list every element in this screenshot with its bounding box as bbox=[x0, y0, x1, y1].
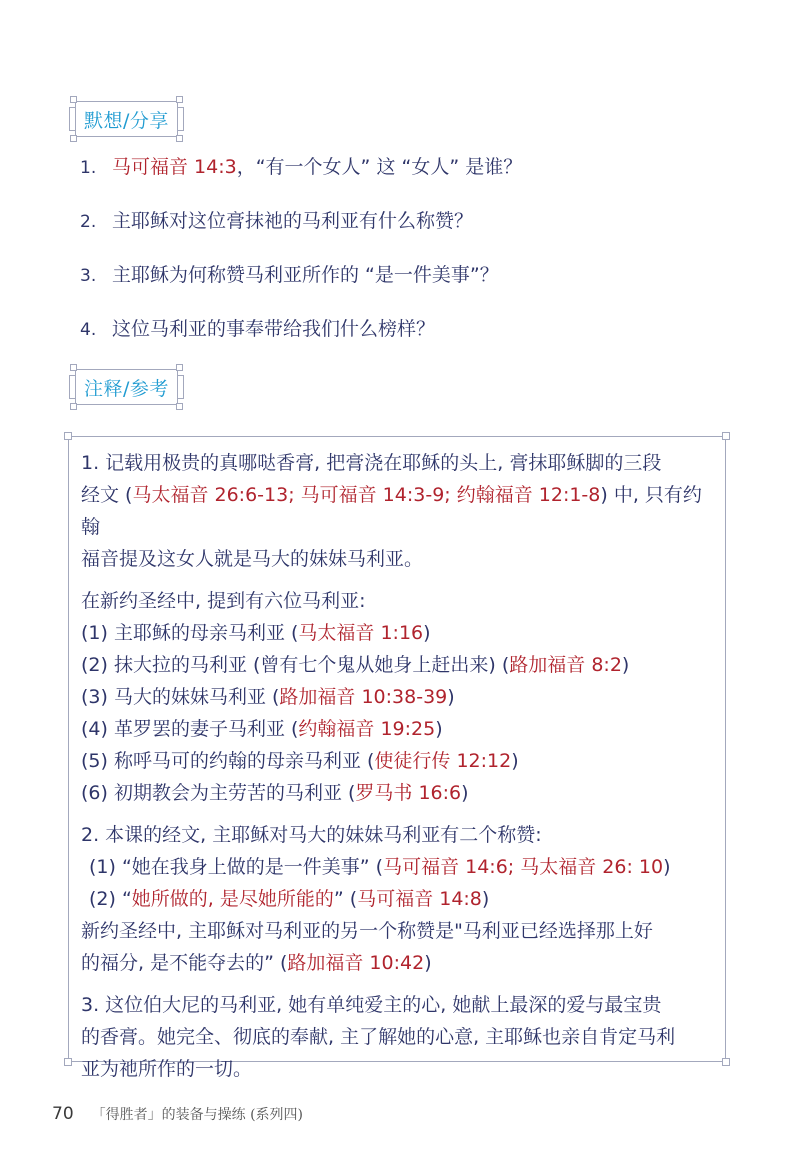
item-number: (4) bbox=[81, 718, 108, 740]
frame-corner-ornament bbox=[70, 364, 77, 371]
frame-corner-ornament bbox=[176, 135, 183, 142]
praise-item: (2) “她所做的, 是尽她所能的” (马可福音 14:8) bbox=[81, 883, 715, 915]
text: ) bbox=[511, 750, 518, 772]
list-item: (3) 马大的妹妹马利亚 (路加福音 10:38-39) bbox=[81, 681, 715, 713]
note-line: 福音提及这女人就是马大的妹妹马利亚。 bbox=[81, 543, 715, 575]
frame-corner-ornament bbox=[64, 1058, 72, 1066]
item-text: 抹大拉的马利亚 (曾有七个鬼从她身上赶出来) ( bbox=[114, 654, 509, 676]
note-line: 亚为祂所作的一切。 bbox=[81, 1053, 715, 1085]
book-title: 「得胜者」的装备与操练 (系列四) bbox=[92, 1104, 303, 1124]
question-item: 1. 马可福音 14:3，“有一个女人” 这 “女人” 是谁？ bbox=[80, 152, 720, 206]
question-number: 3. bbox=[80, 266, 112, 286]
text: ) bbox=[663, 856, 670, 878]
question-item: 3. 主耶稣为何称赞马利亚所作的 “是一件美事”？ bbox=[80, 260, 720, 314]
scripture-reference: 马可福音 14:8 bbox=[357, 888, 482, 910]
text: ) bbox=[461, 782, 468, 804]
list-item: (5) 称呼马可的约翰的母亲马利亚 (使徒行传 12:12) bbox=[81, 745, 715, 777]
highlighted-quote: 她所做的, 是尽她所能的 bbox=[132, 888, 334, 910]
list-intro: 在新约圣经中, 提到有六位马利亚: bbox=[81, 585, 715, 617]
scripture-reference: 路加福音 10:38-39 bbox=[279, 686, 447, 708]
text: (2) “ bbox=[89, 888, 132, 910]
list-item: (4) 革罗罢的妻子马利亚 (约翰福音 19:25) bbox=[81, 713, 715, 745]
frame-corner-ornament bbox=[722, 432, 730, 440]
scripture-reference: 马太福音 26:6-13; 马可福音 14:3-9; 约翰福音 12:1-8 bbox=[132, 484, 600, 506]
scripture-reference: 路加福音 8:2 bbox=[509, 654, 622, 676]
section-heading-reflect-share: 默想/分享 bbox=[75, 101, 178, 137]
question-number: 1. bbox=[80, 158, 112, 178]
note-2: 2. 本课的经文, 主耶稣对马大的妹妹马利亚有二个称赞: (1) “她在我身上做… bbox=[81, 819, 715, 979]
item-text: 马大的妹妹马利亚 ( bbox=[114, 686, 279, 708]
frame-corner-ornament bbox=[176, 364, 183, 371]
item-text: 初期教会为主劳苦的马利亚 ( bbox=[114, 782, 355, 804]
text: 经文 ( bbox=[81, 484, 132, 506]
list-item: (6) 初期教会为主劳苦的马利亚 (罗马书 16:6) bbox=[81, 777, 715, 809]
note-line: 3. 这位伯大尼的马利亚, 她有单纯爱主的心, 她献上最深的爱与最宝贵 bbox=[81, 989, 715, 1021]
question-item: 2. 主耶稣对这位膏抹祂的马利亚有什么称赞？ bbox=[80, 206, 720, 260]
item-number: (3) bbox=[81, 686, 108, 708]
question-text: 这位马利亚的事奉带给我们什么榜样？ bbox=[112, 314, 435, 341]
item-text: 主耶稣的母亲马利亚 ( bbox=[114, 622, 298, 644]
text: ) bbox=[424, 952, 431, 974]
scripture-reference: 马太福音 1:16 bbox=[298, 622, 423, 644]
question-text: 马可福音 14:3，“有一个女人” 这 “女人” 是谁？ bbox=[112, 152, 522, 179]
note-line: 的香膏。她完全、彻底的奉献, 主了解她的心意, 主耶稣也亲自肯定马利 bbox=[81, 1021, 715, 1053]
note-line: 2. 本课的经文, 主耶稣对马大的妹妹马利亚有二个称赞: bbox=[81, 819, 715, 851]
question-body: ，“有一个女人” 这 “女人” 是谁？ bbox=[237, 156, 523, 178]
scripture-reference: 马可福音 14:3 bbox=[112, 156, 237, 178]
question-item: 4. 这位马利亚的事奉带给我们什么榜样？ bbox=[80, 314, 720, 368]
note-line: 的福分, 是不能夺去的” (路加福音 10:42) bbox=[81, 947, 715, 979]
text: (1) “她在我身上做的是一件美事” ( bbox=[89, 856, 383, 878]
scripture-reference: 使徒行传 12:12 bbox=[374, 750, 511, 772]
scripture-reference: 路加福音 10:42 bbox=[287, 952, 424, 974]
text: ) bbox=[435, 718, 442, 740]
note-3: 3. 这位伯大尼的马利亚, 她有单纯爱主的心, 她献上最深的爱与最宝贵 的香膏。… bbox=[81, 989, 715, 1085]
text: ) bbox=[423, 622, 430, 644]
text: ) bbox=[622, 654, 629, 676]
scripture-reference: 罗马书 16:6 bbox=[355, 782, 461, 804]
page-footer: 70 「得胜者」的装备与操练 (系列四) bbox=[52, 1104, 303, 1124]
section-heading-notes-reference: 注释/参考 bbox=[75, 369, 178, 405]
note-line: 1. 记载用极贵的真哪哒香膏, 把膏浇在耶稣的头上, 膏抹耶稣脚的三段 bbox=[81, 447, 715, 479]
scripture-reference: 约翰福音 19:25 bbox=[298, 718, 435, 740]
question-text: 主耶稣对这位膏抹祂的马利亚有什么称赞？ bbox=[112, 206, 473, 233]
item-text: 革罗罢的妻子马利亚 ( bbox=[114, 718, 298, 740]
section-heading-label: 默想/分享 bbox=[84, 106, 169, 133]
question-number: 4. bbox=[80, 320, 112, 340]
note-line: 新约圣经中, 主耶稣对马利亚的另一个称赞是"马利亚已经选择那上好 bbox=[81, 915, 715, 947]
praise-item: (1) “她在我身上做的是一件美事” (马可福音 14:6; 马太福音 26: … bbox=[81, 851, 715, 883]
text: 的福分, 是不能夺去的” ( bbox=[81, 952, 287, 974]
item-text: 称呼马可的约翰的母亲马利亚 ( bbox=[114, 750, 374, 772]
list-item: (2) 抹大拉的马利亚 (曾有七个鬼从她身上赶出来) (路加福音 8:2) bbox=[81, 649, 715, 681]
item-number: (1) bbox=[81, 622, 108, 644]
question-list: 1. 马可福音 14:3，“有一个女人” 这 “女人” 是谁？ 2. 主耶稣对这… bbox=[80, 152, 720, 368]
question-number: 2. bbox=[80, 212, 112, 232]
frame-corner-ornament bbox=[176, 96, 183, 103]
frame-corner-ornament bbox=[64, 432, 72, 440]
note-line: 经文 (马太福音 26:6-13; 马可福音 14:3-9; 约翰福音 12:1… bbox=[81, 479, 715, 543]
item-number: (2) bbox=[81, 654, 108, 676]
six-marys-list: 在新约圣经中, 提到有六位马利亚: (1) 主耶稣的母亲马利亚 (马太福音 1:… bbox=[81, 585, 715, 809]
page-number: 70 bbox=[52, 1104, 74, 1124]
item-number: (5) bbox=[81, 750, 108, 772]
frame-corner-ornament bbox=[176, 403, 183, 410]
text: ) bbox=[447, 686, 454, 708]
text: ) bbox=[482, 888, 489, 910]
question-text: 主耶稣为何称赞马利亚所作的 “是一件美事”？ bbox=[112, 260, 499, 287]
frame-corner-ornament bbox=[722, 1058, 730, 1066]
list-item: (1) 主耶稣的母亲马利亚 (马太福音 1:16) bbox=[81, 617, 715, 649]
text: ” ( bbox=[334, 888, 357, 910]
note-1: 1. 记载用极贵的真哪哒香膏, 把膏浇在耶稣的头上, 膏抹耶稣脚的三段 经文 (… bbox=[81, 447, 715, 575]
item-number: (6) bbox=[81, 782, 108, 804]
frame-corner-ornament bbox=[70, 96, 77, 103]
section-heading-label: 注释/参考 bbox=[84, 374, 169, 401]
notes-box: 1. 记载用极贵的真哪哒香膏, 把膏浇在耶稣的头上, 膏抹耶稣脚的三段 经文 (… bbox=[68, 436, 726, 1062]
frame-corner-ornament bbox=[70, 135, 77, 142]
scripture-reference: 马可福音 14:6; 马太福音 26: 10 bbox=[383, 856, 663, 878]
frame-corner-ornament bbox=[70, 403, 77, 410]
